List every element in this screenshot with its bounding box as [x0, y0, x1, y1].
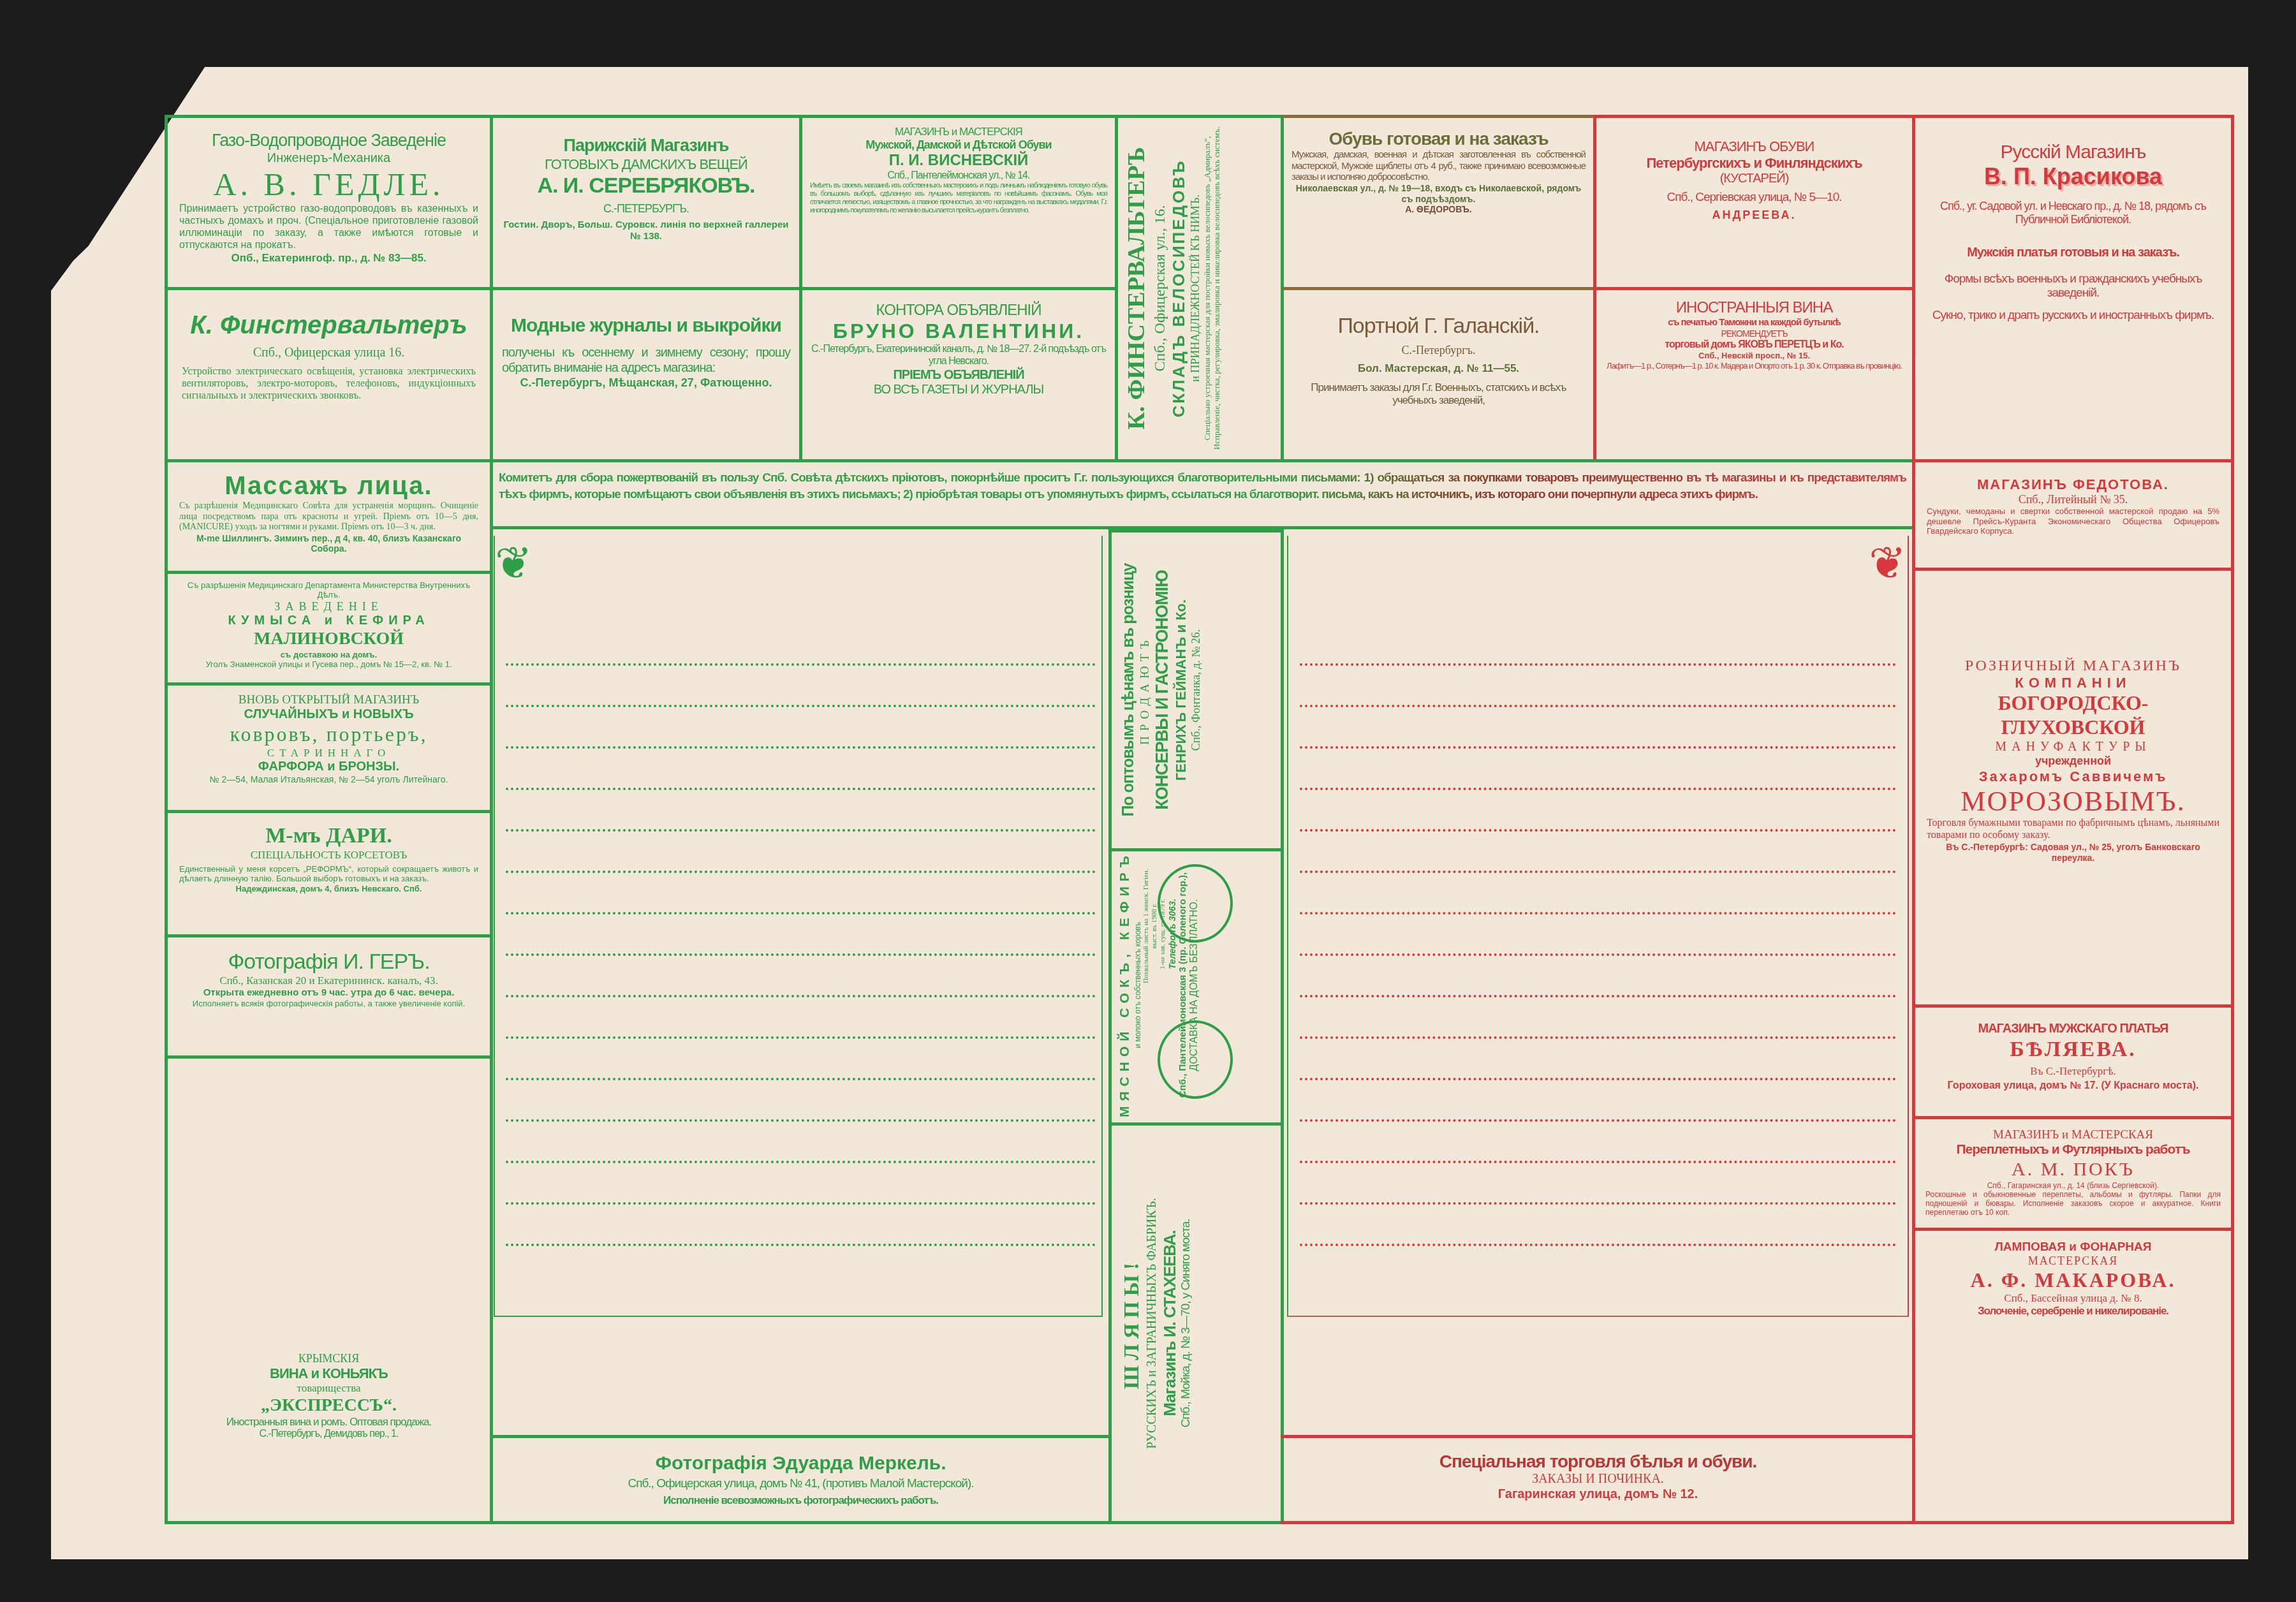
dari-body: Единственный у меня корсетъ „РЕФОРМЪ“, к… — [179, 864, 478, 884]
linen-subtitle: ЗАКАЗЫ И ПОЧИНКА. — [1287, 1472, 1909, 1487]
peretz-title: ИНОСТРАННЫЯ ВИНА — [1604, 299, 1904, 317]
ad-ger: Фотографія И. ГЕРЪ. Спб., Казанская 20 и… — [165, 934, 493, 1059]
kumys-permit: Съ разрѣшенія Медицинскаго Департамента … — [179, 580, 478, 600]
peretz-body: Лафитъ—1 р., Сотернъ—1 р. 10 к. Мадера и… — [1604, 361, 1904, 371]
krasikov-line1: Мужскія платья готовыя и на заказъ. — [1925, 246, 2221, 261]
ad-peretz: ИНОСТРАННЫЯ ВИНА съ печатью Таможни на к… — [1593, 287, 1915, 462]
express-line1: КРЫМСКІЯ — [179, 1352, 478, 1365]
write-line — [1300, 1244, 1896, 1246]
carpets-line4: СТАРИННАГО — [179, 747, 478, 760]
ad-belyaev: МАГАЗИНЪ МУЖСКАГО ПЛАТЬЯ БѢЛЯЕВА. Въ С.-… — [1912, 1004, 2234, 1119]
write-line — [1300, 995, 1896, 997]
morozov-name: БОГОРОДСКО-ГЛУХОВСКОЙ — [1927, 691, 2219, 740]
morozov-line2: КОМПАНІИ — [1927, 675, 2219, 691]
heyman-line1: По оптовымъ цѣнамъ въ розницу — [1119, 537, 1138, 843]
express-body: Иностранныя вина и ромъ. Оптовая продажа… — [179, 1416, 478, 1429]
finsterwalter-address: Спб., Офицерская улица 16. — [182, 346, 476, 361]
makarov-address: Спб., Бассейная улица д. № 8. — [1927, 1292, 2219, 1305]
gedle-name: А. В. ГЕДЛЕ. — [179, 166, 478, 203]
ad-serebryakov: Парижскій Магазинъ ГОТОВЫХЪ ДАМСКИХЪ ВЕЩ… — [490, 115, 802, 290]
ad-kumys: Съ разрѣшенія Медицинскаго Департамента … — [165, 571, 493, 686]
serebryakov-subtitle: ГОТОВЫХЪ ДАМСКИХЪ ВЕЩЕЙ — [502, 156, 790, 173]
makarov-name: А. Ф. МАКАРОВА. — [1927, 1268, 2219, 1293]
visnevsky-line2: Мужской, Дамской и Дѣтской Обуви — [810, 138, 1107, 152]
valentini-line2: ПРІЕМЪ ОБЪЯВЛЕНІЙ — [811, 368, 1106, 383]
galansky-name: Портной Г. Галанскій. — [1291, 313, 1586, 339]
valentini-name: БРУНО ВАЛЕНТИНИ. — [811, 320, 1106, 344]
andreeva-line1: МАГАЗИНЪ ОБУВИ — [1604, 138, 1904, 155]
merkel-body: Исполненіе всевозможныхъ фотографических… — [496, 1494, 1105, 1507]
kumys-address: Уголъ Знаменской улицы и Гусева пер., до… — [179, 659, 478, 669]
visnevsky-address: Спб., Пантелеймонская ул., № 14. — [810, 170, 1107, 182]
pok-body: Роскошные и обыкновенные переплеты, альб… — [1925, 1190, 2221, 1217]
ornament-left-icon: ❦ — [495, 541, 533, 585]
belyaev-address: Гороховая улица, домъ № 17. (У Краснаго … — [1927, 1080, 2219, 1092]
carpets-line3: ковровъ, портьеръ, — [179, 723, 478, 747]
ad-pok: МАГАЗИНЪ и МАСТЕРСКАЯ Переплетныхъ и Фут… — [1912, 1116, 2234, 1231]
krasikov-line2: Формы всѣхъ военныхъ и гражданскихъ учеб… — [1925, 272, 2221, 301]
express-line3: товарищества — [179, 1382, 478, 1395]
linen-address: Гагаринская улица, домъ № 12. — [1287, 1487, 1909, 1503]
letter-panel-right-inner — [1287, 536, 1909, 1317]
ger-address: Спб., Казанская 20 и Екатерининск. канал… — [179, 974, 478, 987]
peretz-line2: РЕКОМЕНДУЕТЪ — [1604, 328, 1904, 339]
dari-name: М-мъ ДАРИ. — [179, 823, 478, 849]
massage-title: Массажъ лица. — [179, 471, 478, 501]
ger-name: Фотографія И. ГЕРЪ. — [179, 949, 478, 974]
morozov-line3: МАНУФАКТУРЫ — [1927, 740, 2219, 755]
write-line — [1300, 663, 1896, 666]
morozov-body: Торговля бумажными товарами по фабричным… — [1927, 818, 2219, 842]
serebryakov-title: Парижскій Магазинъ — [502, 136, 790, 156]
valentini-line1: КОНТОРА ОБЪЯВЛЕНІЙ — [811, 302, 1106, 320]
gedle-address: Опб., Екатерингоф. пр., д. № 83—85. — [179, 252, 478, 265]
ger-body: Исполняетъ всякія фотографическія работы… — [179, 999, 478, 1008]
journals-body: получены къ осеннему и зимнему сезону; п… — [502, 346, 790, 376]
gedle-body: Принимаетъ устройство газо-водопроводовъ… — [179, 203, 478, 252]
pok-address: Спб., Гагаринская ул., д. 14 (близь Серг… — [1925, 1181, 2221, 1190]
write-line — [1300, 1119, 1896, 1122]
ad-makarov: ЛАМПОВАЯ и ФОНАРНАЯ МАСТЕРСКАЯ А. Ф. МАК… — [1912, 1228, 2234, 1524]
ad-morozov: РОЗНИЧНЫЙ МАГАЗИНЪ КОМПАНІИ БОГОРОДСКО-Г… — [1912, 568, 2234, 1008]
galansky-body: Принимаетъ заказы для Г.г. Военныхъ, ста… — [1291, 381, 1586, 407]
medal-seal-1-icon: ЗА ТРУДЫ ВОЗДАЯНІЕ — [1158, 864, 1233, 943]
fedorov-title: Обувь готовая и на заказъ — [1291, 128, 1586, 149]
krasikov-title: Русскій Магазинъ — [1925, 141, 2221, 163]
dari-address: Надеждинская, домъ 4, близъ Невскаго. Сп… — [179, 884, 478, 893]
kefir-founded: 1-ое зав. сущ. съ 1879 г. — [1159, 853, 1167, 1015]
peretz-name: торговый домъ ЯКОВЪ ПЕРЕТЦЪ и Ко. — [1604, 339, 1904, 351]
bicycles-name: К. ФИНСТЕРВАЛЬТЕРЪ — [1122, 122, 1151, 454]
write-line — [506, 1161, 1096, 1163]
ad-krasikov: Русскій Магазинъ В. П. Красикова Спб., у… — [1912, 115, 2234, 462]
pok-line1: МАГАЗИНЪ и МАСТЕРСКАЯ — [1925, 1128, 2221, 1142]
ger-hours: Открыта ежедневно отъ 9 час. утра до 6 ч… — [179, 987, 478, 999]
galansky-city: С.-Петербургъ. — [1291, 344, 1586, 357]
belyaev-line1: МАГАЗИНЪ МУЖСКАГО ПЛАТЬЯ — [1927, 1022, 2219, 1037]
ad-gedle: Газо-Водопроводное Заведеніе Инженеръ-Ме… — [165, 115, 493, 290]
ad-heyman: По оптовымъ цѣнамъ въ розницу ПРОДАЮТЪ К… — [1119, 537, 1203, 843]
letter-panel-right: ❦ — [1281, 529, 1915, 1323]
ad-visnevsky: МАГАЗИНЪ и МАСТЕРСКІЯ Мужской, Дамской и… — [799, 115, 1118, 290]
morozov-line4: учрежденной — [1927, 754, 2219, 768]
andreeva-address: Спб., Сергіевская улица, № 5—10. — [1604, 191, 1904, 205]
ornament-right-icon: ❦ — [1869, 541, 1906, 585]
ad-fedorov: Обувь готовая и на заказъ Мужская, дамск… — [1281, 115, 1596, 290]
hats-line1: РУССКИХЪ и ЗАГРАНИЧНЫХЪ ФАБРИКЪ. — [1145, 1196, 1160, 1451]
ad-linen: Спеціальная торговля бѣлья и обуви. ЗАКА… — [1281, 1435, 1915, 1524]
carpets-line2: СЛУЧАЙНЫХЪ и НОВЫХЪ — [179, 707, 478, 723]
finsterwalter-name: К. Финстервальтеръ — [182, 311, 476, 341]
dari-subtitle: СПЕЦІАЛЬНОСТЬ КОРСЕТОВЪ — [179, 849, 478, 862]
ad-fedotov: МАГАЗИНЪ ФЕДОТОВА. Спб., Литейный № 35. … — [1912, 459, 2234, 571]
galansky-address: Бол. Мастерская, д. № 11—55. — [1291, 362, 1586, 375]
ad-galansky: Портной Г. Галанскій. С.-Петербургъ. Бол… — [1281, 287, 1596, 462]
bicycles-line2: и ПРИНАДЛЕЖНОСТЕЙ КЪ НИМЪ. — [1189, 122, 1202, 454]
finsterwalter-body: Устройство электрическаго освѣщенія, уст… — [182, 366, 476, 402]
heyman-name: ГЕНРИХЪ ГЕЙМАНЪ и Ко. — [1173, 537, 1189, 843]
write-line — [506, 1119, 1096, 1122]
fedotov-name: МАГАЗИНЪ ФЕДОТОВА. — [1927, 476, 2219, 493]
pok-line2: Переплетныхъ и Футлярныхъ работъ — [1925, 1142, 2221, 1158]
gedle-title: Газо-Водопроводное Заведеніе — [179, 131, 478, 151]
krasikov-name: В. П. Красикова — [1925, 163, 2221, 190]
ad-journals: Модные журналы и выкройки получены къ ос… — [490, 287, 802, 462]
write-line — [1300, 871, 1896, 873]
write-line — [506, 1244, 1096, 1246]
write-line — [506, 1036, 1096, 1039]
peretz-line1: съ печатью Таможни на каждой бутылкѣ — [1604, 317, 1904, 328]
write-line — [506, 871, 1096, 873]
hats-title: ШЛЯПЫ! — [1119, 1126, 1145, 1521]
serebryakov-name: А. И. СЕРЕБРЯКОВЪ. — [502, 173, 790, 198]
express-address: С.-Петербургъ, Демидовъ пер., 1. — [179, 1429, 478, 1441]
bicycles-address: Спб., Офицерская ул., 16. — [1151, 122, 1169, 454]
merkel-address: Спб., Офицерская улица, домъ № 41, (прот… — [496, 1477, 1105, 1491]
krasikov-line3: Сукно, трико и драпъ русскихъ и иностран… — [1925, 309, 2221, 323]
makarov-body: Золоченіе, серебреніе и никелированіе. — [1927, 1305, 2219, 1318]
ad-carpets: ВНОВЬ ОТКРЫТЫЙ МАГАЗИНЪ СЛУЧАЙНЫХЪ и НОВ… — [165, 682, 493, 813]
letter-panel-left: ❦ — [490, 529, 1112, 1323]
write-line — [506, 953, 1096, 956]
heyman-address: Спб., Фонтанка, д. № 26. — [1189, 537, 1203, 843]
write-line — [506, 663, 1096, 666]
write-line — [1300, 1202, 1896, 1205]
medal-seal-2-icon: ИМПЕРАТ. ВСЕРОСС. — [1158, 1020, 1233, 1099]
express-name: „ЭКСПРЕССЪ“. — [179, 1395, 478, 1416]
linen-title: Спеціальная торговля бѣлья и обуви. — [1287, 1451, 1909, 1472]
pok-name: А. М. ПОКЪ — [1925, 1158, 2221, 1180]
andreeva-line3: (КУСТАРЕЙ) — [1604, 172, 1904, 187]
morozov-line5: Захаромъ Саввичемъ — [1927, 768, 2219, 785]
write-line — [1300, 746, 1896, 749]
ad-massage: Массажъ лица. Съ разрѣшенія Медицинскаго… — [165, 459, 493, 574]
ad-express-content: КРЫМСКІЯ ВИНА и КОНЬЯКЪ товарищества „ЭК… — [168, 1352, 490, 1518]
journals-address: С.-Петербургъ, Мѣщанская, 27, Фатющенно. — [502, 376, 790, 390]
write-line — [1300, 912, 1896, 915]
write-line — [1300, 1161, 1896, 1163]
kumys-name: МАЛИНОВСКОЙ — [179, 628, 478, 649]
ad-finsterwalter: К. Финстервальтеръ Спб., Офицерская улиц… — [165, 287, 493, 462]
journals-title: Модные журналы и выкройки — [502, 314, 790, 337]
hats-address: Спб., Мойка, д. № 3—70, у Синяго моста. — [1179, 1126, 1193, 1521]
bicycles-line1: СКЛАДЪ ВЕЛОСИПЕДОВЪ — [1169, 122, 1189, 454]
andreeva-name: АНДРЕЕВА. — [1604, 209, 1904, 222]
kumys-line2: КУМЫСА и КЕФИРА — [179, 614, 478, 629]
fedorov-address: Николаевская ул., д. № 19—18, входъ съ Н… — [1291, 183, 1586, 204]
fedorov-body: Мужская, дамская, военная и дѣтская заго… — [1291, 149, 1586, 183]
krasikov-address: Спб., уг. Садовой ул. и Невскаго пр., д.… — [1925, 200, 2221, 226]
morozov-address: Въ С.-Петербургѣ: Садовая ул., № 25, уго… — [1927, 842, 2219, 863]
write-line — [506, 995, 1096, 997]
write-line — [506, 912, 1096, 915]
carpets-line1: ВНОВЬ ОТКРЫТЫЙ МАГАЗИНЪ — [179, 693, 478, 707]
andreeva-line2: Петербургскихъ и Финляндскихъ — [1604, 155, 1904, 172]
kefir-award: Похвальный листъ на 1 женск. Гигіен. выс… — [1142, 862, 1159, 990]
ad-merkel: Фотографія Эдуарда Меркель. Спб., Офицер… — [490, 1435, 1112, 1524]
write-line — [506, 705, 1096, 707]
gedle-subtitle: Инженеръ-Механика — [179, 151, 478, 166]
carpets-line5: ФАРФОРА и БРОНЗЫ. — [179, 760, 478, 775]
peretz-address: Спб., Невскій просп., № 15. — [1604, 351, 1904, 360]
write-line — [1300, 1078, 1896, 1080]
visnevsky-line1: МАГАЗИНЪ и МАСТЕРСКІЯ — [810, 126, 1107, 138]
write-line — [506, 1078, 1096, 1080]
committee-notice: Комитетъ для сбора пожертвованій въ поль… — [490, 459, 1915, 529]
write-line — [506, 829, 1096, 832]
write-line — [1300, 788, 1896, 790]
valentini-address: С.-Петербургъ, Екатерининскій каналъ, д.… — [811, 344, 1106, 368]
center-divider-1 — [1112, 848, 1281, 851]
fedorov-name: А. ѲЕДОРОВЪ. — [1291, 204, 1586, 215]
kumys-line1: ЗАВЕДЕНІЕ — [179, 600, 478, 614]
write-line — [506, 746, 1096, 749]
makarov-line2: МАСТЕРСКАЯ — [1927, 1254, 2219, 1268]
fedotov-body: Сундуки, чемоданы и свертки собственной … — [1927, 506, 2219, 536]
serebryakov-city: С.-ПЕТЕРБУРГЪ. — [502, 202, 790, 216]
morozov-line1: РОЗНИЧНЫЙ МАГАЗИНЪ — [1927, 657, 2219, 675]
express-line2: ВИНА и КОНЬЯКЪ — [179, 1365, 478, 1382]
write-line — [1300, 953, 1896, 956]
committee-notice-text: Комитетъ для сбора пожертвованій въ поль… — [499, 470, 1906, 503]
serebryakov-address: Гостин. Дворъ, Больш. Суровск. линія по … — [502, 219, 790, 242]
bicycles-body: Спеціально устроенная мастерская для пос… — [1202, 122, 1222, 454]
ad-hats: ШЛЯПЫ! РУССКИХЪ и ЗАГРАНИЧНЫХЪ ФАБРИКЪ. … — [1119, 1126, 1194, 1521]
massage-address: М-me Шиллингъ. Зиминъ пер., д 4, кв. 40,… — [179, 533, 478, 554]
visnevsky-body: Имѣетъ въ своемъ магазинѣ изъ собственны… — [810, 182, 1107, 215]
makarov-line1: ЛАМПОВАЯ и ФОНАРНАЯ — [1927, 1240, 2219, 1254]
hats-name: Магазинъ И. СТАХЕЕВА. — [1160, 1126, 1180, 1521]
ad-andreeva: МАГАЗИНЪ ОБУВИ Петербургскихъ и Финляндс… — [1593, 115, 1915, 290]
letter-panel-left-inner — [494, 536, 1103, 1317]
ad-dari: М-мъ ДАРИ. СПЕЦІАЛЬНОСТЬ КОРСЕТОВЪ Единс… — [165, 810, 493, 937]
fedotov-address: Спб., Литейный № 35. — [1927, 493, 2219, 506]
write-line — [1300, 829, 1896, 832]
carpets-address: № 2—54, Малая Итальянская, № 2—54 уголъ … — [179, 774, 478, 785]
kefir-subtitle: и молоко отъ собственныхъ коровъ — [1133, 853, 1142, 1117]
write-line — [1300, 1036, 1896, 1039]
bicycles-vertical-text: К. ФИНСТЕРВАЛЬТЕРЪ Спб., Офицерская ул.,… — [1122, 122, 1222, 454]
kumys-delivery: съ доставкою на домъ. — [179, 650, 478, 659]
morozov-line6: МОРОЗОВЫМЪ. — [1927, 785, 2219, 818]
visnevsky-name: П. И. ВИСНЕВСКІЙ — [810, 152, 1107, 170]
massage-body: Съ разрѣшенія Медицинскаго Совѣта для ус… — [179, 501, 478, 533]
write-line — [506, 1202, 1096, 1205]
ad-valentini: КОНТОРА ОБЪЯВЛЕНІЙ БРУНО ВАЛЕНТИНИ. С.-П… — [799, 287, 1118, 462]
heyman-line3: КОНСЕРВЫ И ГАСТРОНОМІЮ — [1152, 537, 1173, 843]
kefir-title: МЯСНОЙ СОКЪ, КЕФИРЪ — [1117, 853, 1133, 1117]
belyaev-city: Въ С.-Петербургѣ. — [1927, 1065, 2219, 1078]
write-line — [506, 788, 1096, 790]
valentini-line3: ВО ВСѢ ГАЗЕТЫ И ЖУРНАЛЫ — [811, 383, 1106, 398]
merkel-name: Фотографія Эдуарда Меркель. — [496, 1452, 1105, 1474]
belyaev-name: БѢЛЯЕВА. — [1927, 1037, 2219, 1062]
heyman-line2: ПРОДАЮТЪ — [1138, 537, 1152, 843]
write-line — [1300, 705, 1896, 707]
